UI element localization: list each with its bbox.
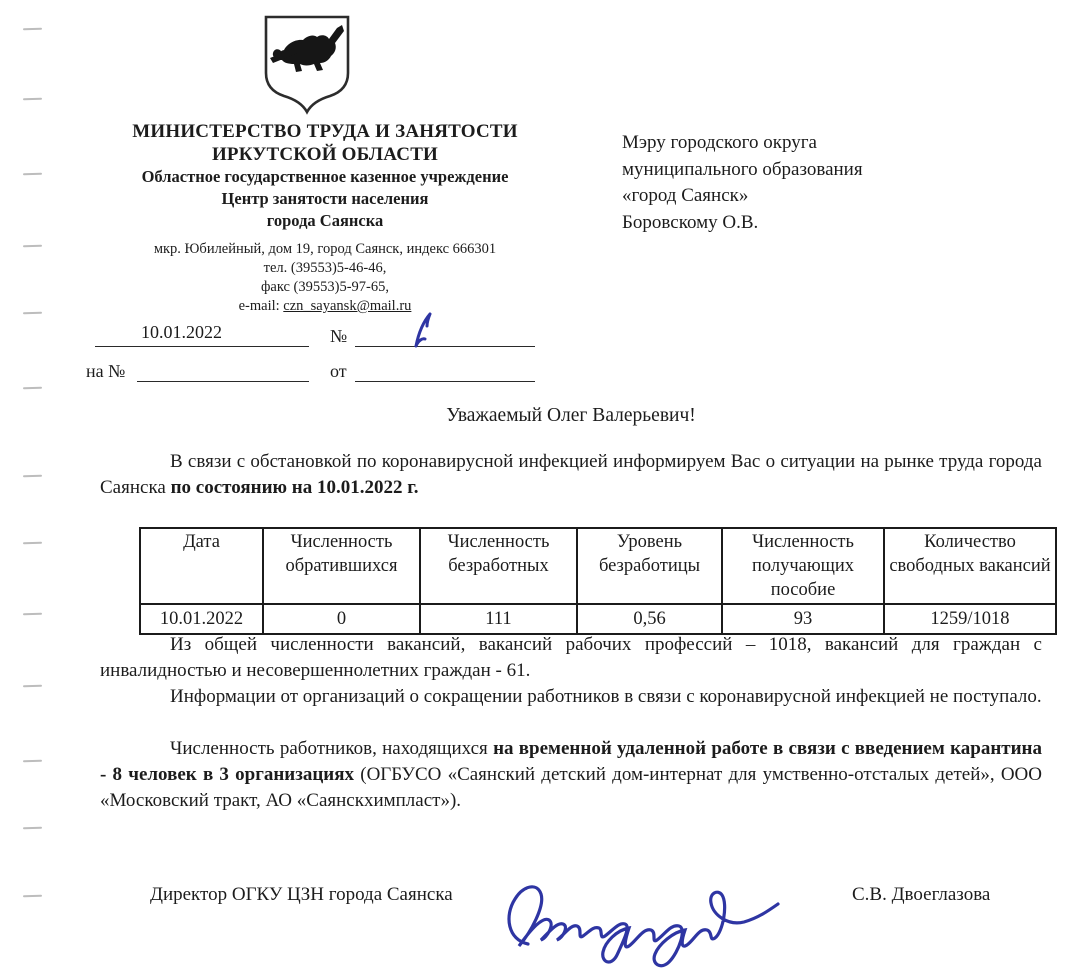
fax-number: факс (39553)5-97-65,: [80, 278, 570, 297]
col-header-date: Дата: [140, 528, 263, 604]
recipient-line2: муниципального образования: [622, 157, 982, 184]
table-header-row: Дата Численность обратившихся Численност…: [140, 528, 1056, 604]
cell-applicants: 0: [263, 604, 420, 634]
scan-artifact-mark: [23, 685, 42, 687]
reply-to-label: на №: [86, 361, 125, 382]
bold-text-run: по состоянию на 10.01.2022 г.: [171, 477, 419, 498]
scan-artifact-mark: [23, 28, 42, 30]
signer-position: Директор ОГКУ ЦЗН города Саянска: [150, 884, 453, 906]
salutation: Уважаемый Олег Валерьевич!: [100, 405, 1042, 427]
handwritten-number-ink: [406, 310, 442, 352]
text-run: Информации от организаций о сокращении р…: [170, 686, 1042, 707]
cell-vacancies: 1259/1018: [884, 604, 1056, 634]
scan-artifact-mark: [23, 760, 42, 762]
ministry-name-line1: МИНИСТЕРСТВО ТРУДА И ЗАНЯТОСТИ: [80, 120, 570, 143]
handwritten-signature-ink: [490, 866, 782, 968]
scan-artifact-mark: [23, 173, 42, 175]
phone-number: тел. (39553)5-46-46,: [80, 259, 570, 278]
scan-artifact-mark: [23, 475, 42, 477]
outgoing-date-value: 10.01.2022: [95, 322, 309, 343]
cell-date: 10.01.2022: [140, 604, 263, 634]
outgoing-date-field: 10.01.2022: [95, 322, 309, 347]
outgoing-number-field: [355, 322, 535, 347]
col-header-benefit-recipients: Численность получающих пособие: [722, 528, 884, 604]
recipient-block: Мэру городского округа муниципального об…: [622, 130, 982, 236]
paragraph-situation-intro: В связи с обстановкой по коронавирусной …: [100, 449, 1042, 501]
scan-artifact-mark: [23, 827, 42, 829]
email-line: e-mail: czn_sayansk@mail.ru: [80, 297, 570, 316]
paragraph-remote-workers: Численность работников, находящихся на в…: [100, 736, 1042, 814]
paragraph-vacancies-detail: Из общей численности вакансий, вакансий …: [100, 632, 1042, 684]
table-data-row: 10.01.2022 0 111 0,56 93 1259/1018: [140, 604, 1056, 634]
scan-artifact-mark: [23, 312, 42, 314]
col-header-unemployed: Численность безработных: [420, 528, 577, 604]
paragraph-no-layoffs: Информации от организаций о сокращении р…: [100, 684, 1042, 710]
reply-date-field: [355, 357, 535, 382]
coat-of-arms-icon: [257, 13, 357, 116]
cell-unemployment-rate: 0,56: [577, 604, 722, 634]
cell-benefit-recipients: 93: [722, 604, 884, 634]
number-label: №: [330, 326, 347, 347]
cell-unemployed: 111: [420, 604, 577, 634]
institution-type: Областное государственное казенное учреж…: [80, 166, 570, 188]
scan-artifact-mark: [23, 613, 42, 615]
recipient-line1: Мэру городского округа: [622, 130, 982, 157]
signer-name: С.В. Двоеглазова: [852, 884, 990, 906]
institution-city: города Саянска: [80, 210, 570, 232]
scan-artifact-mark: [23, 245, 42, 247]
reply-number-field: [137, 357, 309, 382]
scan-artifact-mark: [23, 387, 42, 389]
labour-market-table: Дата Численность обратившихся Численност…: [139, 527, 1057, 635]
ministry-name-line2: ИРКУТСКОЙ ОБЛАСТИ: [80, 143, 570, 166]
email-link[interactable]: czn_sayansk@mail.ru: [283, 298, 411, 314]
recipient-line3: «город Саянск»: [622, 183, 982, 210]
text-run: Численность работников, находящихся: [170, 738, 493, 759]
text-run: Из общей численности вакансий, вакансий …: [100, 634, 1042, 681]
col-header-applicants: Численность обратившихся: [263, 528, 420, 604]
scan-artifact-mark: [23, 542, 42, 544]
recipient-line4: Боровскому О.В.: [622, 210, 982, 237]
scan-artifact-mark: [23, 895, 42, 897]
sender-letterhead: МИНИСТЕРСТВО ТРУДА И ЗАНЯТОСТИ ИРКУТСКОЙ…: [80, 120, 570, 316]
from-label: от: [330, 361, 347, 382]
col-header-unemployment-rate: Уровень безработицы: [577, 528, 722, 604]
scanned-letter-page: МИНИСТЕРСТВО ТРУДА И ЗАНЯТОСТИ ИРКУТСКОЙ…: [0, 0, 1080, 977]
postal-address: мкр. Юбилейный, дом 19, город Саянск, ин…: [80, 240, 570, 259]
contact-block: мкр. Юбилейный, дом 19, город Саянск, ин…: [80, 240, 570, 316]
scan-artifact-mark: [23, 98, 42, 100]
col-header-vacancies: Количество свободных вакансий: [884, 528, 1056, 604]
institution-name: Центр занятости населения: [80, 188, 570, 210]
email-label: e-mail:: [239, 298, 284, 314]
